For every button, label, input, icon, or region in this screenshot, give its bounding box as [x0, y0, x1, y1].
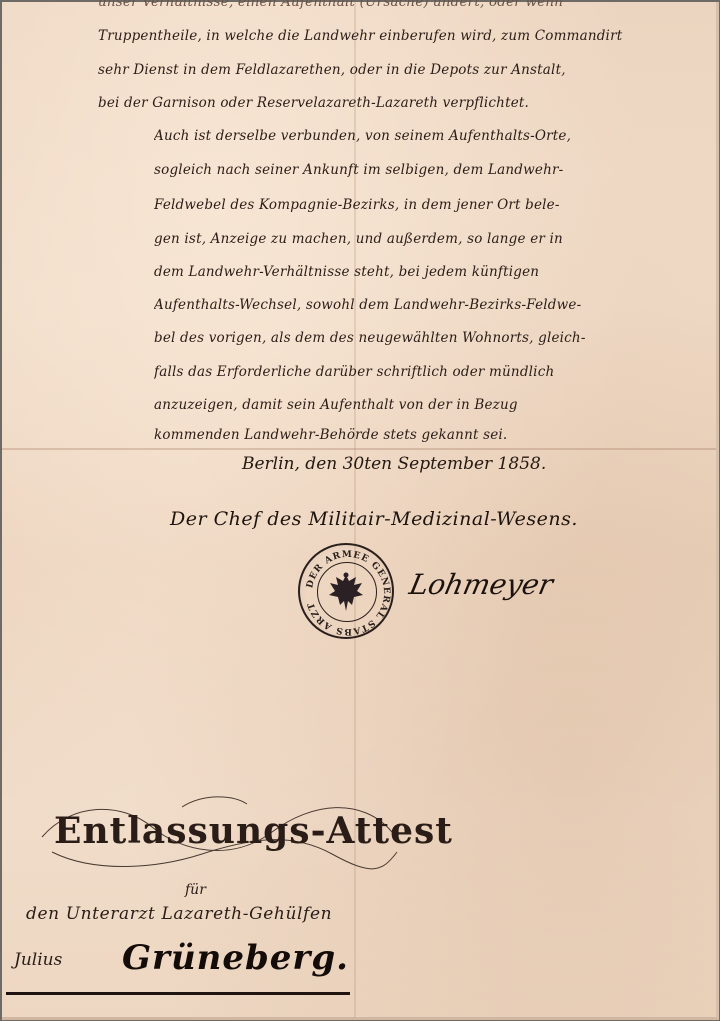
body-line: anzuzeigen, damit sein Aufenthalt von de…: [154, 397, 694, 413]
body-line: unser Verhältnisse, einen Aufenthalt (Ur…: [98, 0, 710, 10]
recipient-rank: den Unterarzt Lazareth-Gehülfen: [26, 904, 332, 924]
body-line: Aufenthalts-Wechsel, sowohl dem Landwehr…: [154, 297, 694, 313]
issuing-office: Der Chef des Militair-Medizinal-Wesens.: [170, 508, 578, 530]
body-line: falls das Erforderliche darüber schriftl…: [154, 364, 694, 380]
underline-rule: [6, 992, 350, 995]
place-and-date: Berlin, den 30ten September 1858.: [242, 454, 546, 474]
document-title: Entlassungs-Attest: [54, 810, 453, 852]
body-line: Truppentheile, in welche die Landwehr ei…: [98, 28, 710, 44]
body-line: dem Landwehr-Verhältnisse steht, bei jed…: [154, 264, 694, 280]
official-seal: DER ARMEE GENERAL STABS ARZT: [298, 543, 394, 639]
document-page: unser Verhältnisse, einen Aufenthalt (Ur…: [2, 2, 719, 1020]
recipient-first-name: Julius: [14, 950, 62, 970]
body-line: sehr Dienst in dem Feldlazarethen, oder …: [98, 62, 710, 78]
body-line: Feldwebel des Kompagnie-Bezirks, in dem …: [154, 197, 694, 213]
signature: Lohmeyer: [406, 568, 555, 601]
recipient-surname: Grüneberg.: [122, 938, 349, 978]
body-line: bei der Garnison oder Reservelazareth-La…: [98, 95, 710, 111]
fold-crease-horizontal: [2, 448, 716, 450]
prussian-eagle-icon: [300, 571, 392, 624]
body-line: sogleich nach seiner Ankunft im selbigen…: [154, 162, 694, 178]
body-line: gen ist, Anzeige zu machen, und außerdem…: [154, 231, 694, 247]
body-line: Auch ist derselbe verbunden, von seinem …: [154, 128, 694, 144]
body-line: bel des vorigen, als dem des neugewählte…: [154, 330, 694, 346]
for-label: für: [185, 882, 206, 898]
body-line: kommenden Landwehr-Behörde stets gekannt…: [154, 427, 694, 443]
